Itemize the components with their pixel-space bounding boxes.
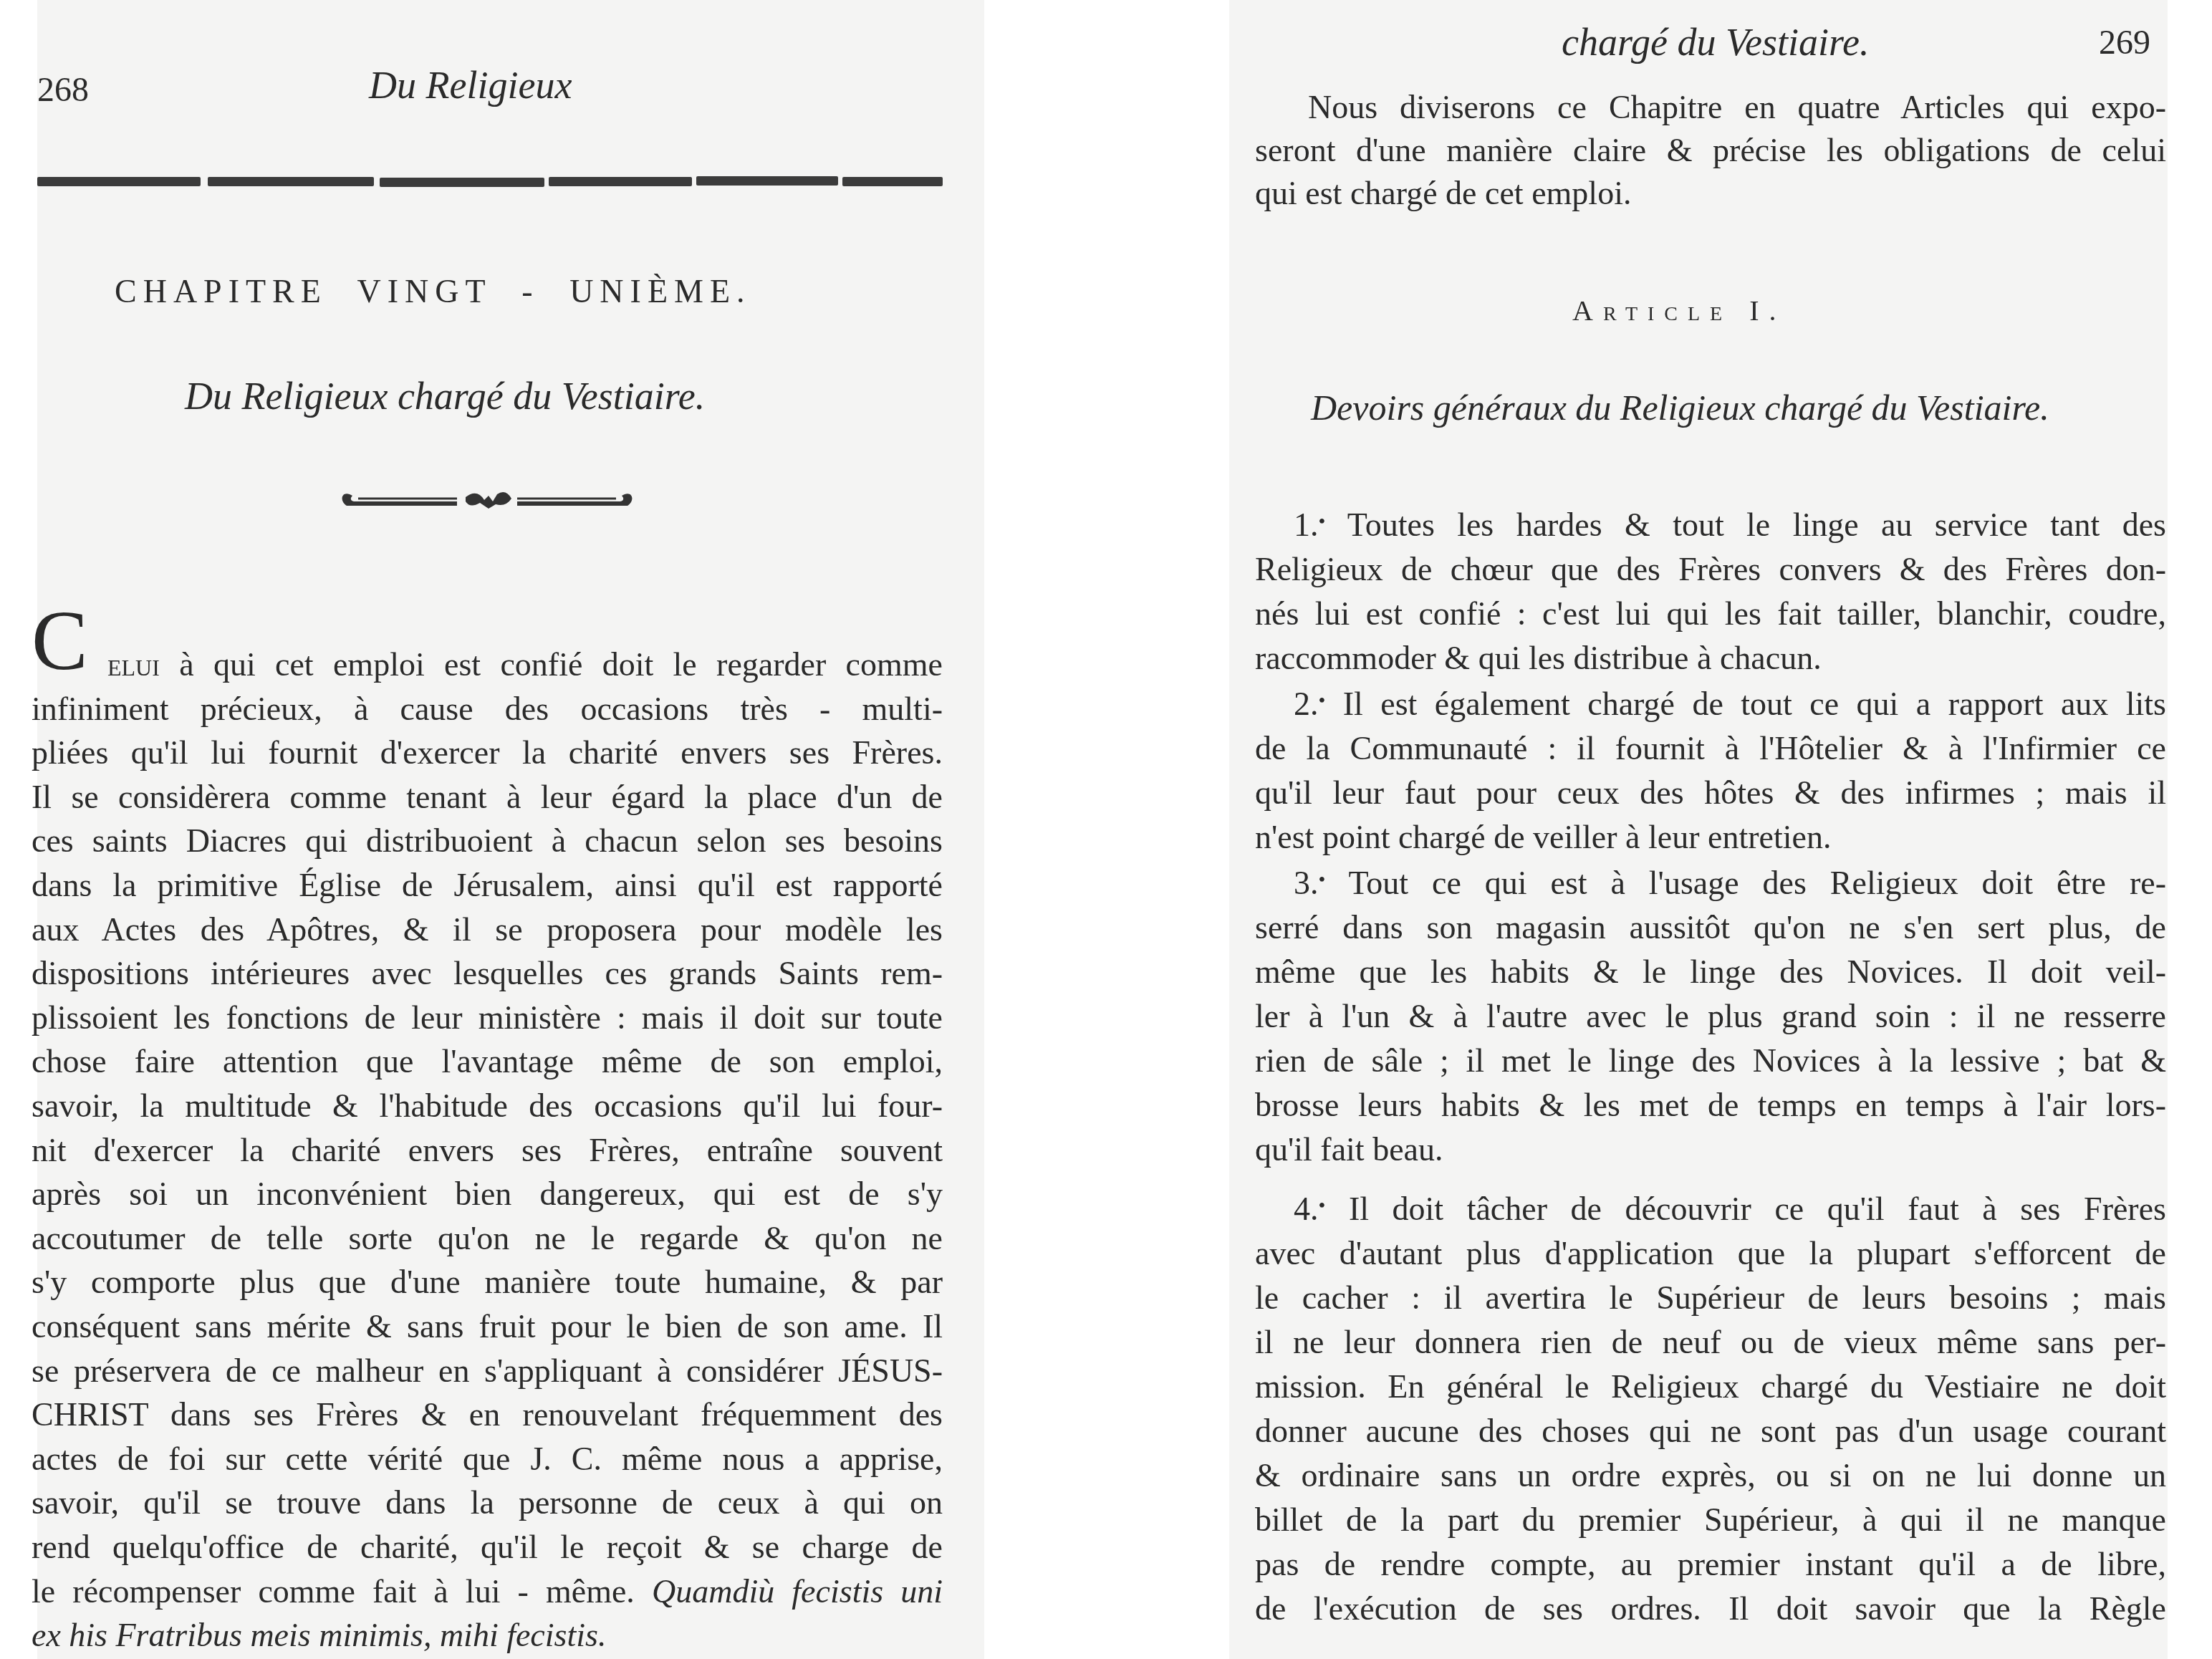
- article-heading: Article I.: [1572, 294, 1787, 327]
- item-line: raccommoder & qui les distribue à chacun…: [1255, 638, 2166, 678]
- item-line: de la Communauté : il fournit à l'Hôteli…: [1255, 728, 2166, 769]
- item-line: avec d'autant plus d'application que la …: [1255, 1234, 2166, 1274]
- right-folio: 269: [2099, 23, 2150, 62]
- drop-cap: C: [32, 599, 88, 683]
- item-line: Religieux de chœur que des Frères conver…: [1255, 549, 2166, 590]
- item-first-line: 2.• Il est également chargé de tout ce q…: [1294, 684, 2166, 724]
- chapter-subtitle: Du Religieux chargé du Vestiaire.: [185, 374, 705, 418]
- item-line: qu'il fait beau.: [1255, 1130, 2166, 1170]
- body-line: se préservera de ce malheur en s'appliqu…: [32, 1351, 943, 1391]
- item-number: 3.•: [1294, 865, 1325, 901]
- body-line: nit d'exercer la charité envers ses Frèr…: [32, 1130, 943, 1170]
- body-line: CHRIST dans ses Frères & en renouvelant …: [32, 1395, 943, 1435]
- body-line: savoir, qu'il se trouve dans la personne…: [32, 1483, 943, 1523]
- body-line: s'y comporte plus que d'une manière tout…: [32, 1262, 943, 1302]
- body-line: accoutumer de telle sorte qu'on ne le re…: [32, 1218, 943, 1259]
- ornament-icon: [337, 481, 638, 517]
- item-line: nés lui est confié : c'est lui qui les f…: [1255, 594, 2166, 634]
- left-running-head: Du Religieux: [369, 63, 572, 107]
- item-line: même que les habits & le linge des Novic…: [1255, 952, 2166, 992]
- body-line: Il se considèrera comme tenant à leur ég…: [32, 777, 943, 817]
- body-line: dans la primitive Église de Jérusalem, a…: [32, 865, 943, 905]
- body-line: rend quelqu'office de charité, qu'il le …: [32, 1527, 943, 1567]
- item-line: qu'il leur faut pour ceux des hôtes & de…: [1255, 773, 2166, 813]
- item-line: le cacher : il avertira le Supérieur de …: [1255, 1278, 2166, 1318]
- item-first-line: 1.• Toutes les hardes & tout le linge au…: [1294, 505, 2166, 545]
- item-number: 1.•: [1294, 506, 1325, 543]
- item-line: donner aucune des choses qui ne sont pas…: [1255, 1411, 2166, 1451]
- chapter-title: CHAPITRE VINGT - UNIÈME.: [115, 272, 751, 310]
- body-line: aux Actes des Apôtres, & il se proposera…: [32, 910, 943, 950]
- item-line: de l'exécution de ses ordres. Il doit sa…: [1255, 1589, 2166, 1629]
- body-line: conséquent sans mérite & sans fruit pour…: [32, 1307, 943, 1347]
- right-running-head: chargé du Vestiaire.: [1562, 20, 1869, 64]
- intro-line: qui est chargé de cet emploi.: [1255, 173, 2166, 213]
- item-line: pas de rendre compte, au premier instant…: [1255, 1544, 2166, 1585]
- left-folio: 268: [37, 70, 89, 110]
- body-line: le récompenser comme fait à lui - même. …: [32, 1572, 943, 1612]
- body-line: ex his Fratribus meis minimis, mihi feci…: [32, 1615, 943, 1655]
- item-line: & ordinaire sans un ordre exprès, ou si …: [1255, 1456, 2166, 1496]
- intro-line: Nous diviserons ce Chapitre en quatre Ar…: [1308, 87, 2166, 128]
- item-line: ler à l'un & à l'autre avec le plus gran…: [1255, 996, 2166, 1037]
- body-line: infiniment précieux, à cause des occasio…: [32, 689, 943, 729]
- item-line: n'est point chargé de veiller à leur ent…: [1255, 817, 2166, 857]
- body-line: elui à qui cet emploi est confié doit le…: [107, 645, 943, 685]
- body-line: ces saints Diacres qui distribuoient à c…: [32, 821, 943, 861]
- intro-line: seront d'une manière claire & précise le…: [1255, 130, 2166, 170]
- item-line: billet de la part du premier Supérieur, …: [1255, 1500, 2166, 1540]
- body-line: actes de foi sur cette vérité que J. C. …: [32, 1439, 943, 1479]
- item-line: serré dans son magasin aussitôt qu'on ne…: [1255, 908, 2166, 948]
- item-line: brosse leurs habits & les met de temps e…: [1255, 1085, 2166, 1125]
- item-number: 4.•: [1294, 1191, 1325, 1227]
- item-line: il ne leur donnera rien de neuf ou de vi…: [1255, 1322, 2166, 1362]
- article-subtitle: Devoirs généraux du Religieux chargé du …: [1311, 387, 2049, 428]
- item-first-line: 4.• Il doit tâcher de découvrir ce qu'il…: [1294, 1189, 2166, 1229]
- body-line: chose faire attention que l'avantage mêm…: [32, 1042, 943, 1082]
- body-line: pliées qu'il lui fournit d'exercer la ch…: [32, 733, 943, 773]
- body-line: dispositions intérieures avec lesquelles…: [32, 953, 943, 994]
- body-line: plissoient les fonctions de leur ministè…: [32, 998, 943, 1038]
- item-line: mission. En général le Religieux chargé …: [1255, 1367, 2166, 1407]
- item-number: 2.•: [1294, 686, 1325, 722]
- item-first-line: 3.• Tout ce qui est à l'usage des Religi…: [1294, 863, 2166, 903]
- body-line: après soi un inconvénient bien dangereux…: [32, 1174, 943, 1214]
- body-line: savoir, la multitude & l'habitude des oc…: [32, 1086, 943, 1126]
- item-line: rien de sâle ; il met le linge des Novic…: [1255, 1041, 2166, 1081]
